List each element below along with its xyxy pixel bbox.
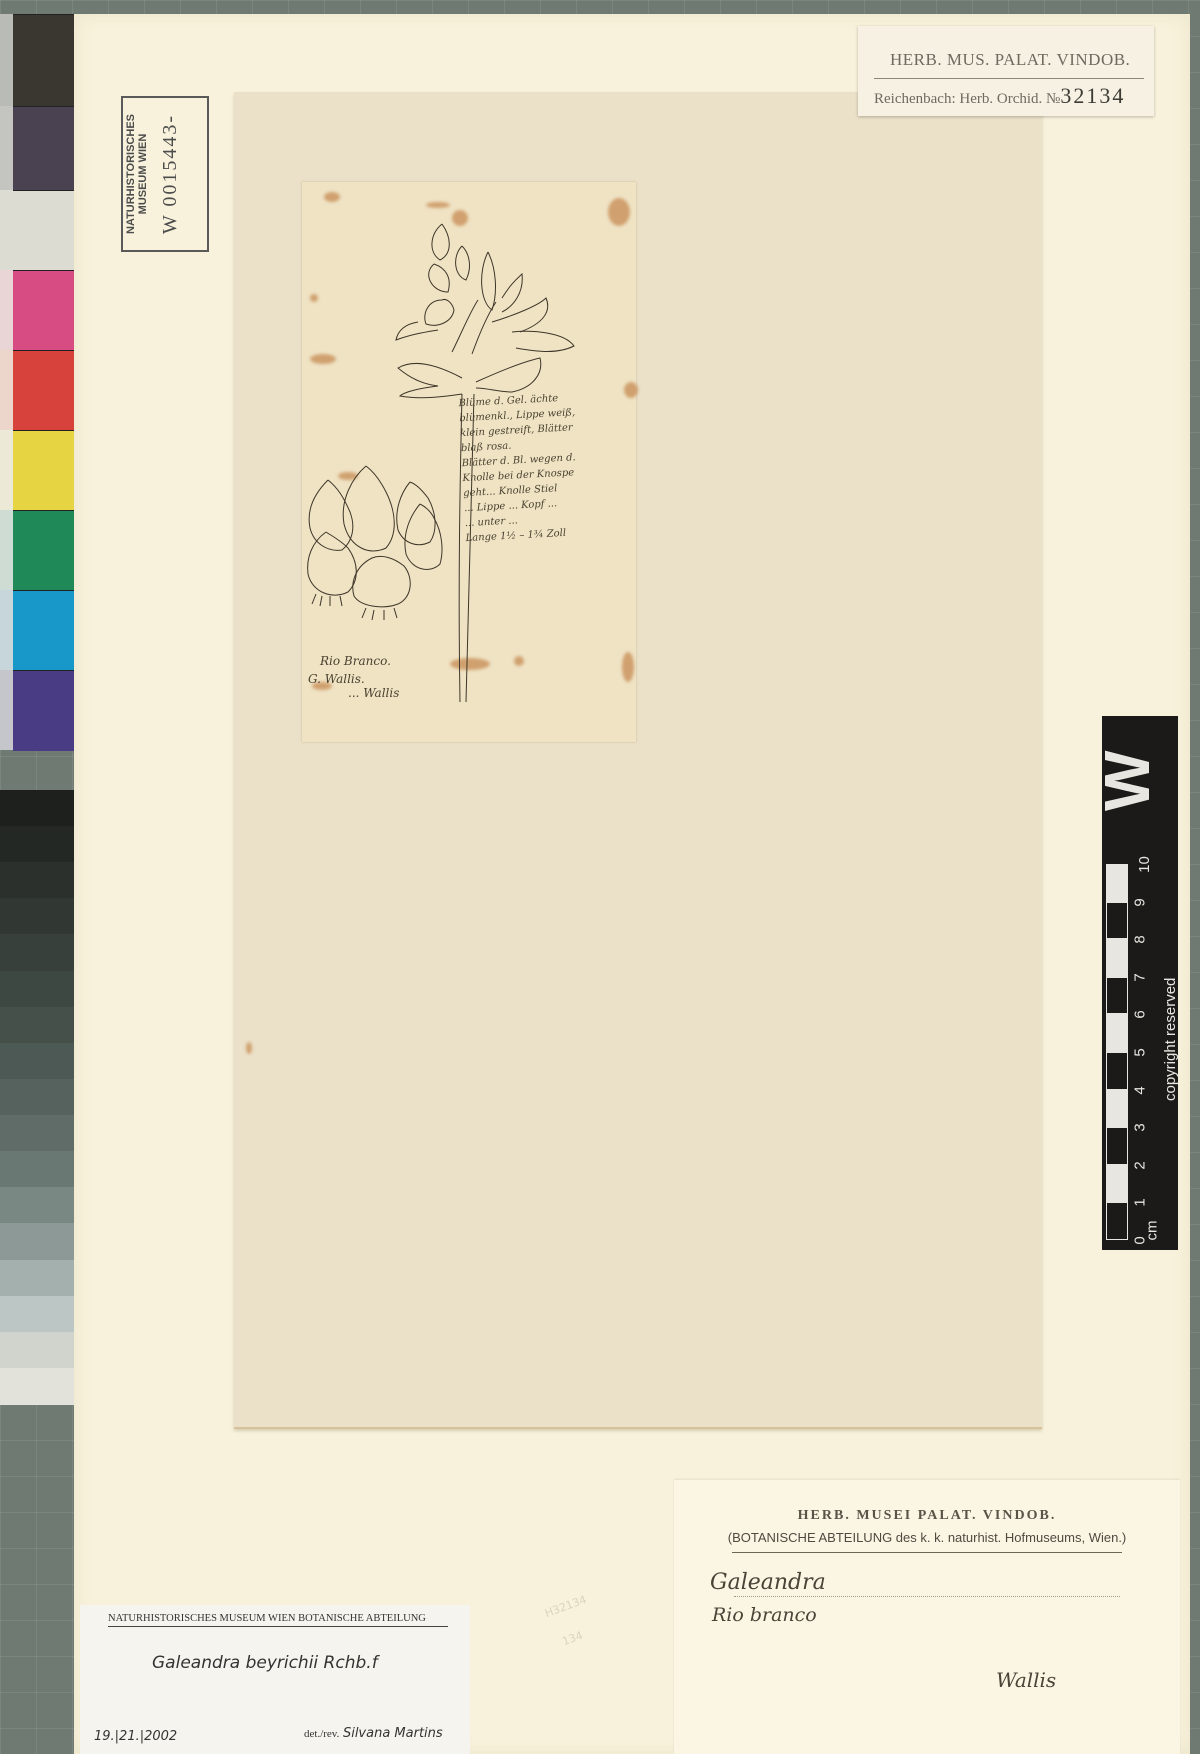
unit-label: cm <box>1144 1221 1161 1241</box>
stamp-institution-line2: MUSEUM WIEN <box>137 99 149 249</box>
gray-step <box>0 1151 76 1188</box>
gray-scale-strip <box>0 790 76 1404</box>
genus-handwritten: Galeandra <box>710 1570 826 1595</box>
ruler-tick-label: 1 <box>1132 1199 1149 1207</box>
ruler-tick-label: 2 <box>1132 1161 1149 1169</box>
ruler-segment <box>1106 902 1128 940</box>
gray-step <box>0 1043 76 1080</box>
color-patch <box>0 350 76 430</box>
gray-step <box>0 1187 76 1224</box>
gray-step <box>0 934 76 971</box>
ruler-tick-label: 10 <box>1136 856 1153 873</box>
label-rule <box>732 1552 1122 1553</box>
ruler-segment <box>1106 977 1128 1015</box>
collector-handwritten: Wallis <box>996 1668 1056 1692</box>
ruler-tick-label: 5 <box>1132 1048 1149 1056</box>
color-patch <box>0 190 76 270</box>
gray-step <box>0 862 76 899</box>
color-patch <box>0 590 76 670</box>
ruler-segment <box>1106 1165 1128 1203</box>
reichenbach-number: 32134 <box>1060 83 1125 108</box>
gray-step <box>0 1115 76 1152</box>
stamp-institution-line1: NATURHISTORISCHES <box>125 99 137 249</box>
det-label-header: NATURHISTORISCHES MUSEUM WIEN BOTANISCHE… <box>108 1613 448 1627</box>
gray-step <box>0 790 76 827</box>
barcode-stamp: NATURHISTORISCHES MUSEUM WIEN W 0015443- <box>121 96 209 252</box>
color-patch <box>0 510 76 590</box>
gray-step <box>0 826 76 863</box>
botanische-abteilung-label: HERB. MUSEI PALAT. VINDOB. (BOTANISCHE A… <box>674 1480 1180 1754</box>
gray-step <box>0 971 76 1008</box>
reichenbach-label-line2: Reichenbach: Herb. Orchid. №32134 <box>874 78 1144 109</box>
ruler-tick-label: 6 <box>1132 1011 1149 1019</box>
label-title: HERB. MUSEI PALAT. VINDOB. <box>674 1508 1180 1524</box>
gray-step <box>0 1368 76 1405</box>
gray-step <box>0 1296 76 1333</box>
orchid-drawing: Blüme d. Gel. ächte blümenkl., Lippe wei… <box>302 182 636 742</box>
ruler-tick-label: 4 <box>1132 1086 1149 1094</box>
gray-step <box>0 1007 76 1044</box>
genus-dotted-line <box>734 1596 1120 1597</box>
determiner-name: Silvana Martins <box>343 1726 443 1741</box>
gray-step <box>0 898 76 935</box>
color-patch <box>0 670 76 750</box>
locality-handwritten: Rio branco <box>712 1604 817 1626</box>
location-notes: Rio Branco. G. Wallis. ... Wallis <box>308 652 399 702</box>
ruler-tick-label: 3 <box>1132 1124 1149 1132</box>
det-prefix: det./rev. <box>304 1728 339 1740</box>
ruler-tick-label: 7 <box>1132 973 1149 981</box>
ruler-segment <box>1106 939 1128 977</box>
color-patch <box>0 270 76 350</box>
color-patch <box>0 430 76 510</box>
barcode-number: W 0015443- <box>159 99 182 249</box>
determination-label: NATURHISTORISCHES MUSEUM WIEN BOTANISCHE… <box>80 1605 470 1754</box>
color-patch <box>0 14 76 106</box>
gray-step <box>0 1223 76 1260</box>
w-logo: W <box>1097 751 1187 811</box>
determination-date: 19.|21.|2002 <box>94 1729 177 1744</box>
gray-step <box>0 1260 76 1297</box>
label-subtitle: (BOTANISCHE ABTEILUNG des k. k. naturhis… <box>674 1530 1180 1545</box>
ruler-segment <box>1106 1127 1128 1165</box>
description-notes: Blüme d. Gel. ächte blümenkl., Lippe wei… <box>458 388 626 546</box>
ruler-segment <box>1106 1202 1128 1240</box>
reichenbach-label-prefix: Reichenbach: Herb. Orchid. № <box>874 91 1060 107</box>
determined-by: det./rev. Silvana Martins <box>304 1725 443 1741</box>
ruler-tick-label: 8 <box>1132 936 1149 944</box>
ruler-segment <box>1106 1052 1128 1090</box>
color-patch <box>0 106 76 190</box>
scale-bar: W 012345678910 copyright reserved cm <box>1102 716 1178 1250</box>
reichenbach-label-title: HERB. MUS. PALAT. VINDOB. <box>890 50 1130 70</box>
color-checker <box>0 0 76 780</box>
ruler-segment <box>1106 1014 1128 1052</box>
ruler-segments <box>1106 864 1128 1240</box>
species-name: Galeandra beyrichii Rchb.f <box>152 1653 378 1673</box>
ruler-segment <box>1106 864 1128 902</box>
copyright-notice: copyright reserved <box>1162 881 1179 1101</box>
ruler-segment <box>1106 1090 1128 1128</box>
gray-step <box>0 1079 76 1116</box>
reichenbach-label: HERB. MUS. PALAT. VINDOB. Reichenbach: H… <box>858 26 1154 116</box>
location-note-line: Rio Branco. <box>308 652 399 670</box>
ruler-tick-label: 9 <box>1132 898 1149 906</box>
gray-step <box>0 1332 76 1369</box>
